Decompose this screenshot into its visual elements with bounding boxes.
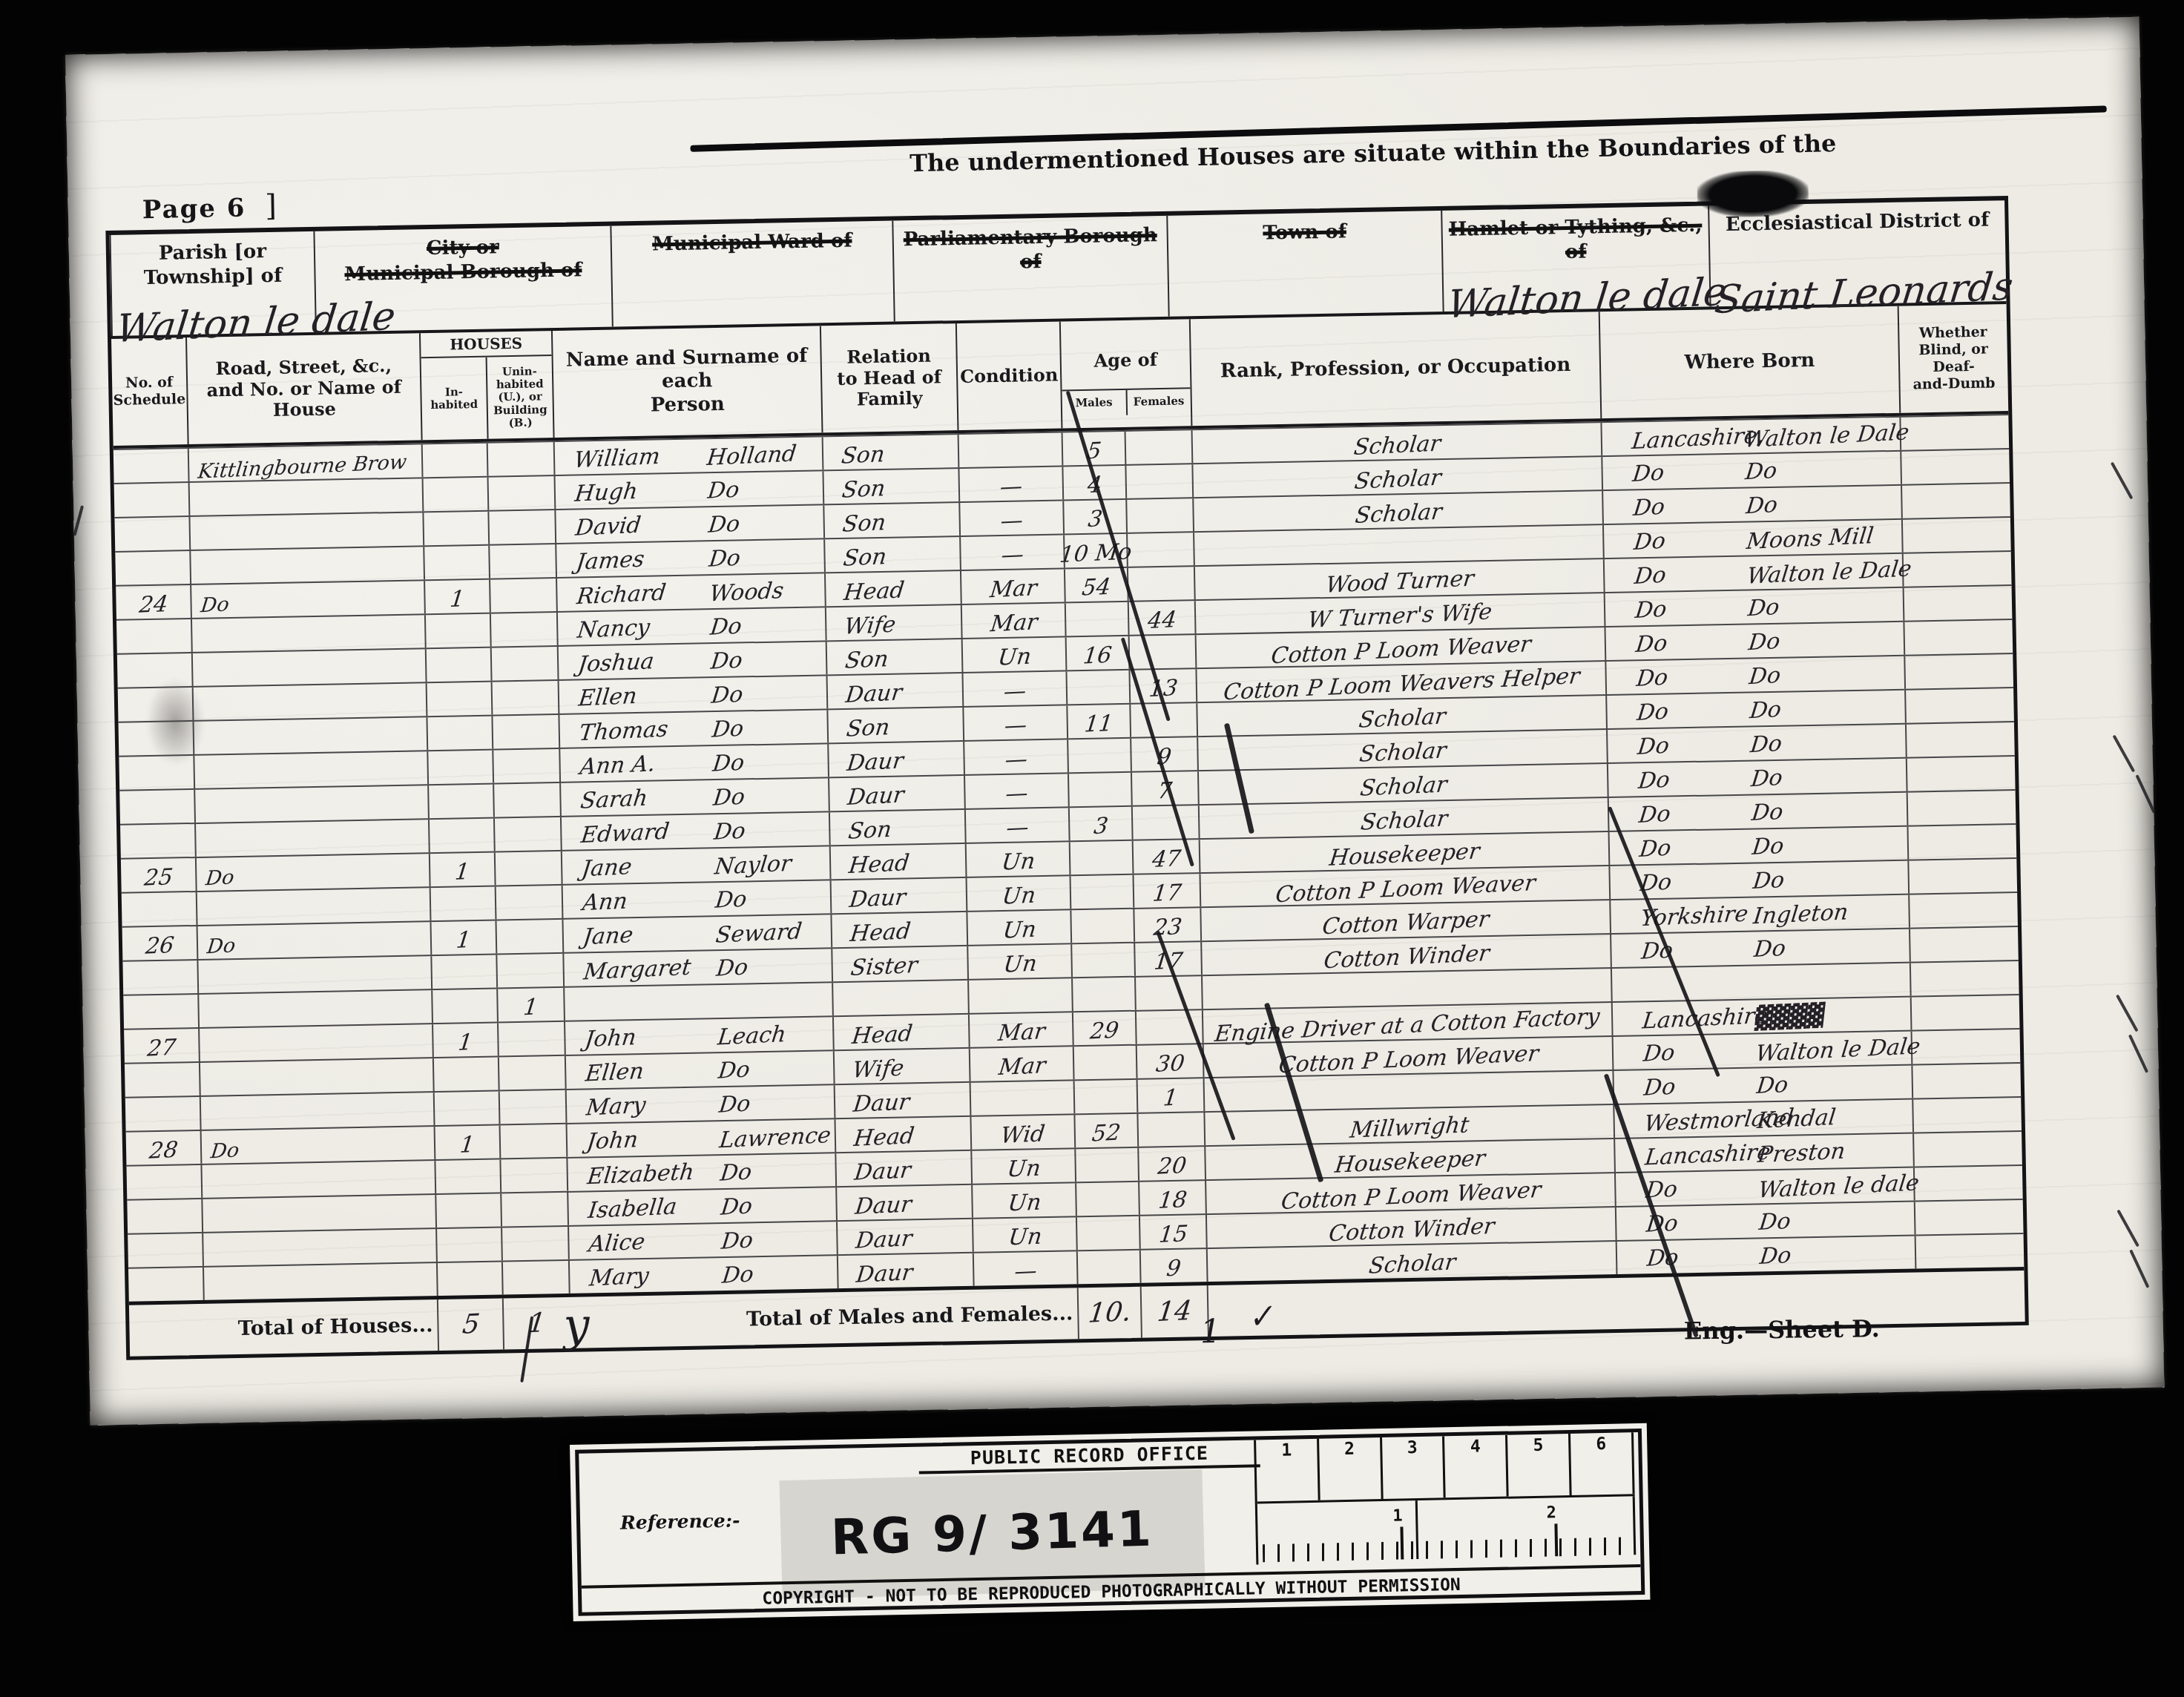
cell-blind [1912, 1132, 2022, 1167]
cell-relation: Sister [831, 946, 967, 981]
cell-name: ElizabethDo [566, 1153, 835, 1191]
cell-age-male [1075, 1182, 1139, 1216]
cell-inhabited [423, 546, 489, 580]
district-field-label: Municipal Ward of [612, 228, 893, 257]
cell-age-male [1070, 943, 1134, 978]
cell-uninhabited [499, 1124, 567, 1159]
cell-age-male [1073, 1046, 1137, 1080]
cell-condition: — [959, 535, 1064, 570]
cell-condition: Un [966, 910, 1070, 945]
cell-uninhabited [491, 681, 559, 715]
cell-schedule [122, 960, 197, 995]
margin-check-mark [2113, 735, 2136, 773]
ruler-cell-number: 2 [1319, 1437, 1383, 1500]
cell-relation: Son [823, 503, 959, 538]
cell-condition: Un [972, 1217, 1076, 1252]
cell-name: AnnDo [562, 880, 831, 918]
cell-condition: Un [970, 1149, 1075, 1184]
cell-road [194, 785, 428, 823]
cell-road [193, 717, 427, 754]
cell-uninhabited [487, 476, 555, 510]
cell-road: Kittlingbourne Brow [188, 444, 422, 481]
margin-check-mark [73, 505, 84, 536]
cell-inhabited [435, 1194, 501, 1228]
cell-condition: — [964, 774, 1068, 808]
cell-blind [1911, 1029, 2021, 1064]
ruler-cell-number: 1 [1256, 1439, 1320, 1502]
cell-name: HughDo [554, 471, 823, 509]
cell-born: DoDo [1608, 793, 1907, 831]
cell-blind [1905, 722, 2015, 757]
cell-blind [1907, 859, 2017, 894]
cell-uninhabited [489, 579, 556, 613]
cell-age-male: 3 [1068, 807, 1132, 841]
cell-road: Do [195, 854, 430, 891]
cell-blind [1906, 757, 2016, 791]
ruler-inch-label: 1 [1392, 1506, 1403, 1525]
cell-relation: Daur [836, 1219, 973, 1254]
cell-name: MargaretDo [562, 949, 832, 986]
total-houses-inhabited: 5 [437, 1298, 503, 1351]
cell-inhabited [435, 1228, 501, 1262]
cell-condition: Mar [961, 603, 1065, 638]
cell-uninhabited [493, 817, 561, 851]
cell-inhabited [427, 785, 493, 819]
cell-blind [1901, 518, 2011, 553]
cell-condition: Mar [968, 1012, 1073, 1047]
cell-age-male [1067, 739, 1131, 773]
cell-age-female [1125, 430, 1192, 464]
cell-condition: — [962, 705, 1067, 740]
cell-schedule: 25 [121, 858, 196, 892]
cell-age-female: 1 [1137, 1078, 1204, 1113]
district-field: Parish [or Township] of Walton le dale [109, 231, 315, 336]
cell-road [200, 1161, 435, 1198]
cell-name: MaryDo [568, 1256, 838, 1294]
cell-born: Lancashire▓▓▓▓ [1611, 998, 1911, 1035]
photostat-ruler: 123456 1 2 [1254, 1432, 1636, 1564]
cell-relation: Son [826, 708, 963, 742]
cell-age-male [1076, 1250, 1140, 1285]
cell-inhabited [433, 1092, 499, 1126]
cell-age-female [1127, 567, 1194, 601]
cell-relation: Son [822, 469, 958, 504]
cell-inhabited [430, 887, 496, 921]
col-header-occupation: Rank, Profession, or Occupation [1189, 312, 1601, 426]
cell-blind [1904, 688, 2014, 723]
cell-born: WestmorlandKendal [1613, 1100, 1912, 1138]
district-field-label: Parliamentary Borough of [893, 223, 1167, 277]
cell-blind [1899, 415, 2009, 450]
cell-relation: Wife [825, 605, 961, 640]
cell-schedule [126, 1165, 201, 1199]
col-header-relation: Relation to Head of Family [820, 323, 958, 432]
cell-inhabited: 1 [432, 1024, 498, 1058]
col-header-name: Name and Surname of each Person [551, 326, 822, 438]
col-header-age-label: Age of [1061, 331, 1190, 389]
cell-schedule [115, 551, 190, 585]
total-houses-uninhabited: 1 [502, 1297, 570, 1350]
cell-name: WilliamHolland [553, 437, 823, 475]
cell-road [200, 1093, 434, 1130]
cell-age-female [1126, 533, 1194, 567]
cell-road [197, 990, 432, 1027]
cell-condition: — [964, 808, 1069, 843]
cell-condition: Mar [960, 569, 1065, 604]
cell-age-male: 52 [1073, 1114, 1137, 1148]
cell-born: DoWalton le dale [1614, 1168, 1914, 1206]
ruler-cells: 123456 [1256, 1432, 1635, 1503]
cell-road [188, 513, 423, 550]
cell-uninhabited [497, 1022, 565, 1056]
cell-uninhabited [501, 1261, 569, 1295]
cell-uninhabited [487, 510, 555, 544]
cell-uninhabited: 1 [496, 988, 564, 1022]
cell-road [201, 1195, 435, 1232]
cell-born [1611, 963, 1910, 1001]
col-header-road: Road, Street, &c., and No. or Name of Ho… [185, 333, 421, 444]
cell-uninhabited [490, 613, 557, 647]
cell-name: RichardWoods [556, 573, 825, 611]
page-number-text: Page 6 [142, 194, 246, 225]
cell-relation: Daur [835, 1185, 972, 1220]
cell-road: Do [190, 581, 424, 618]
cell-condition: Un [971, 1183, 1076, 1218]
ruler-inch-tick [1554, 1523, 1558, 1556]
cell-age-female [1131, 805, 1199, 840]
cell-blind [1910, 995, 2020, 1030]
cell-road [194, 820, 429, 857]
cell-schedule [125, 1097, 200, 1131]
cell-age-male [1076, 1216, 1139, 1250]
district-field-label: City or Municipal Borough of [315, 234, 611, 287]
cell-age-male: 11 [1066, 705, 1130, 739]
cell-road [197, 956, 431, 993]
cell-born: LancashirePreston [1614, 1134, 1913, 1172]
cell-schedule [123, 995, 198, 1029]
ruler-cell-number: 5 [1507, 1434, 1571, 1497]
col-header-blind: Whether Blind, or Deaf- and-Dumb [1898, 304, 2009, 413]
cell-schedule [114, 449, 188, 483]
cell-blind [1911, 1064, 2021, 1098]
cell-age-female: 23 [1133, 908, 1200, 942]
stray-pen-mark: ✓ [1245, 1296, 1276, 1337]
cell-age-female: 18 [1138, 1181, 1206, 1215]
cell-inhabited: 1 [429, 853, 495, 887]
census-form: Parish [or Township] of Walton le dale C… [105, 196, 2028, 1360]
cell-blind [1903, 620, 2013, 655]
cell-road [193, 751, 427, 788]
cell-schedule [128, 1268, 203, 1302]
cell-age-male [1070, 875, 1134, 909]
cell-uninhabited [493, 783, 560, 817]
cell-relation: Head [834, 1117, 970, 1152]
cell-condition: Un [966, 876, 1070, 911]
cell-road [203, 1263, 437, 1300]
cell-relation: Daur [835, 1151, 971, 1186]
cell-name: IsabellaDo [567, 1187, 836, 1225]
cell-born: DoDo [1608, 861, 1908, 899]
cell-blind [1903, 586, 2013, 621]
col-header-age: Age of Males Females [1059, 319, 1191, 428]
cell-condition: — [963, 739, 1068, 774]
cell-inhabited: 1 [424, 580, 490, 614]
cell-condition: Un [965, 842, 1070, 877]
cell-inhabited [426, 682, 492, 716]
cell-road [196, 888, 430, 925]
margin-check-mark [2129, 1249, 2149, 1288]
cell-relation: Wife [833, 1049, 970, 1084]
cell-inhabited [422, 478, 488, 512]
cell-blind [1914, 1200, 2024, 1235]
cell-blind [1913, 1166, 2023, 1201]
col-header-inhabited: In- habited [421, 357, 487, 441]
cell-name: JamesDo [555, 539, 824, 577]
cell-age-male: 16 [1065, 636, 1129, 670]
cell-age-female [1125, 498, 1193, 533]
cell-inhabited: 1 [434, 1126, 500, 1160]
cell-road: Do [200, 1127, 435, 1164]
ink-blot [1697, 170, 1809, 218]
cell-relation: Daur [826, 673, 963, 708]
reference-label: Reference:- [620, 1509, 740, 1533]
cell-blind [1910, 961, 2019, 996]
cell-inhabited [428, 819, 494, 853]
cell-schedule [125, 1063, 200, 1097]
cell-born: DoDo [1606, 725, 1906, 762]
reference-number: RG 9/ 3141 [780, 1499, 1205, 1567]
cell-inhabited [436, 1262, 502, 1296]
cell-age-male [1065, 602, 1128, 636]
cell-relation: Son [822, 435, 958, 469]
cell-name: ThomasDo [558, 710, 827, 748]
margin-check-mark [2116, 1210, 2139, 1248]
cell-condition [967, 978, 1072, 1013]
cell-born: DoWalton le Dale [1603, 554, 1903, 592]
cell-age-female [1137, 1113, 1204, 1147]
cell-blind [1904, 654, 2013, 689]
cell-condition: Un [967, 944, 1071, 979]
cell-age-male [1068, 773, 1131, 807]
cell-condition: — [961, 671, 1066, 706]
ruler-cell-number: 4 [1444, 1435, 1508, 1498]
district-field: Parliamentary Borough of [892, 216, 1168, 322]
page-bracket: ] [246, 189, 278, 224]
cell-relation: Daur [827, 742, 964, 777]
cell-name: DavidDo [554, 505, 823, 543]
cell-schedule: 27 [124, 1029, 199, 1063]
scanner-background: Page 6] The undermentioned Houses are si… [0, 0, 2184, 1697]
cell-condition [970, 1081, 1074, 1116]
ruler-inch-label: 2 [1546, 1503, 1556, 1522]
cell-born: DoDo [1605, 691, 1905, 728]
district-field: Hamlet or Tything, &c., of Walton le dal… [1441, 205, 1709, 312]
cell-road: Do [197, 922, 431, 959]
cell-relation: Daur [837, 1253, 973, 1288]
cell-road [188, 478, 423, 515]
total-males: 10. [1077, 1287, 1141, 1340]
cell-name: EllenDo [565, 1051, 834, 1089]
cell-age-male: 54 [1064, 568, 1128, 602]
cell-schedule [120, 824, 195, 858]
district-field-label: Parish [or Township] of [111, 239, 315, 291]
cell-inhabited [424, 614, 490, 648]
cell-blind [1900, 449, 2010, 484]
cell-uninhabited [499, 1159, 567, 1193]
district-field: Municipal Ward of [610, 221, 893, 327]
cell-schedule: 28 [126, 1131, 201, 1165]
cell-name: JoshuaDo [557, 642, 826, 679]
cell-condition: Un [961, 637, 1066, 672]
cell-uninhabited [488, 544, 556, 579]
cell-age-male [1073, 1080, 1137, 1114]
cell-age-male: 3 [1062, 500, 1126, 534]
cell-born: DoDo [1604, 622, 1904, 660]
cell-uninhabited [500, 1193, 568, 1227]
cell-inhabited [431, 989, 497, 1024]
cell-age-female: 20 [1137, 1147, 1205, 1181]
cell-inhabited [430, 955, 496, 989]
cell-relation: Son [829, 810, 965, 845]
cell-uninhabited [495, 886, 562, 920]
cell-born: DoDo [1602, 486, 1901, 524]
cell-uninhabited [496, 954, 563, 988]
cell-age-male [1069, 841, 1133, 875]
cell-name: MaryDo [565, 1085, 835, 1123]
cell-name: EdwardDo [560, 812, 829, 850]
total-females: 14 [1140, 1285, 1208, 1338]
cell-name: Ann A.Do [559, 744, 828, 782]
col-header-females: Females [1125, 389, 1191, 415]
cell-born: DoDo [1612, 1066, 1912, 1104]
cell-schedule [127, 1199, 202, 1233]
cell-schedule: 26 [122, 926, 197, 960]
cell-relation: Head [832, 1015, 969, 1049]
cell-relation: Son [823, 537, 960, 572]
cell-inhabited [425, 648, 491, 682]
cell-road [191, 615, 425, 652]
cell-blind [1907, 791, 2016, 826]
cell-age-female [1128, 635, 1196, 669]
total-males-females-label: Total of Males and Females... [569, 1288, 1078, 1348]
col-header-condition: Condition [955, 322, 1062, 431]
cell-age-male: 5 [1062, 432, 1125, 466]
district-field-label: Town of [1168, 218, 1441, 247]
cell-uninhabited [498, 1056, 565, 1090]
cell-age-female: 9 [1139, 1249, 1207, 1283]
cell-inhabited [434, 1160, 500, 1194]
cell-relation: Head [824, 571, 961, 606]
cell-uninhabited [501, 1227, 568, 1261]
cell-age-female [1125, 464, 1192, 498]
cell-born: DoWalton le Dale [1612, 1032, 1912, 1070]
stray-pen-mark: y [563, 1297, 590, 1352]
cell-schedule: 24 [116, 585, 191, 619]
ruler-cell-number: 6 [1570, 1432, 1634, 1495]
cell-uninhabited [495, 920, 562, 954]
cell-age-female: 30 [1136, 1044, 1203, 1078]
col-header-schedule: No. of Schedule [111, 337, 188, 446]
cell-inhabited: 1 [430, 921, 496, 955]
cell-relation: Head [829, 844, 966, 879]
cell-uninhabited [492, 749, 559, 783]
totals-empty [1207, 1271, 2025, 1337]
margin-check-mark [2135, 774, 2155, 813]
cell-name: JaneNaylor [561, 846, 830, 884]
cell-name: NancyDo [556, 607, 826, 645]
cell-name: AliceDo [568, 1222, 837, 1259]
cell-age-female: 15 [1139, 1215, 1206, 1249]
cell-relation: Daur [830, 878, 967, 913]
cell-age-male [1065, 670, 1129, 705]
ruler-inch-tick [1401, 1526, 1404, 1559]
cell-name [563, 983, 832, 1021]
cell-born: DoDo [1616, 1236, 1915, 1274]
cell-born: DoDo [1610, 929, 1910, 967]
paper-smudge [145, 677, 205, 767]
census-sheet: Page 6] The undermentioned Houses are si… [65, 17, 2164, 1426]
cell-age-male [1071, 978, 1135, 1012]
cell-inhabited [432, 1058, 499, 1092]
col-header-born: Where Born [1599, 306, 1900, 418]
cell-uninhabited [494, 851, 562, 886]
cell-born: DoMoons Mill [1602, 520, 1902, 558]
cell-blind [1912, 1098, 2022, 1133]
cell-blind [1915, 1234, 2025, 1269]
margin-check-mark [2111, 462, 2134, 500]
cell-schedule [114, 483, 189, 517]
cell-relation: Head [830, 912, 967, 947]
cell-schedule [119, 790, 194, 824]
cell-relation: Daur [828, 776, 964, 811]
public-record-office-strip: PUBLIC RECORD OFFICE Reference:- RG 9/ 3… [570, 1423, 1650, 1621]
cell-relation [832, 981, 968, 1015]
cell-schedule [128, 1233, 203, 1268]
cell-condition: — [958, 501, 1063, 536]
cell-condition: Wid [970, 1115, 1074, 1150]
cell-road [202, 1229, 436, 1266]
cell-road [189, 547, 424, 584]
cell-road [192, 683, 427, 720]
cell-born: Lancashire,Walton le Dale [1600, 418, 1900, 455]
cell-condition: — [958, 467, 1062, 501]
stray-pen-mark: 1 [1200, 1313, 1221, 1351]
cell-name: JohnLawrence [566, 1119, 835, 1157]
cell-name: SarahDo [559, 778, 829, 816]
cell-name: JohnLeach [564, 1017, 833, 1055]
ruler-inches: 1 2 [1257, 1496, 1636, 1562]
ruler-cell-number: 3 [1382, 1436, 1446, 1499]
cell-blind [1908, 893, 2018, 928]
cell-inhabited [421, 444, 487, 478]
cell-blind [1902, 552, 2012, 587]
district-fields: Parish [or Township] of Walton le dale C… [109, 200, 2006, 339]
cell-uninhabited [487, 442, 554, 476]
cell-blind [1901, 484, 2010, 518]
total-houses-label: Total of Houses... [129, 1299, 438, 1357]
col-header-houses-label: HOUSES [421, 331, 552, 358]
cell-schedule [114, 517, 189, 551]
cell-road [199, 1058, 433, 1095]
sheet-series-label: Eng.—Sheet D. [1684, 1314, 1880, 1345]
cell-inhabited [422, 512, 488, 546]
page-number: Page 6] [142, 189, 278, 225]
cell-condition: — [973, 1251, 1077, 1286]
cell-uninhabited [490, 647, 558, 681]
table-body: Kittlingbourne Brow WilliamHolland Son 5… [114, 414, 2025, 1302]
margin-check-mark [2116, 995, 2139, 1032]
cell-relation: Daur [834, 1083, 970, 1118]
